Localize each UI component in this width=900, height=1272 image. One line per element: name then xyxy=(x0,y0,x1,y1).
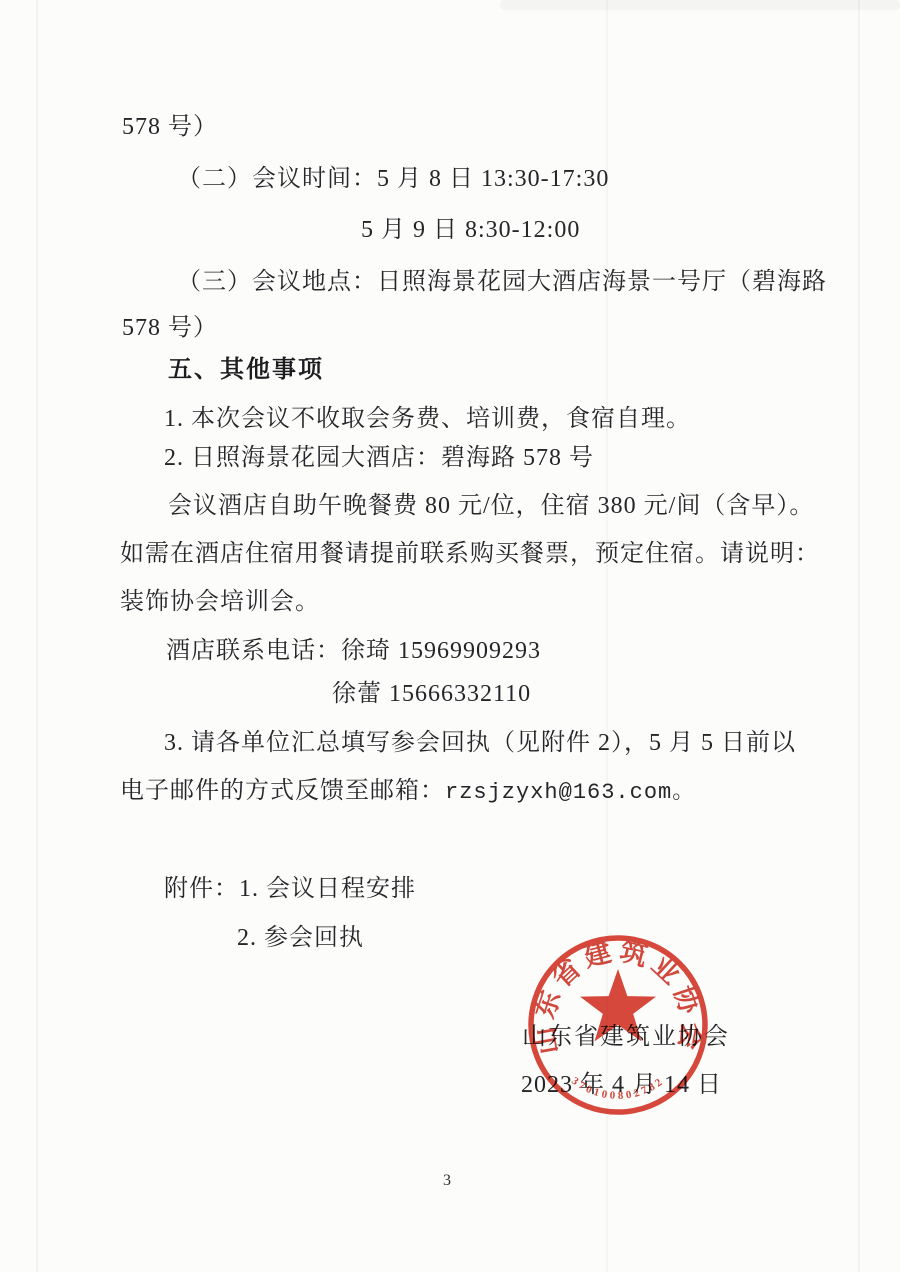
hotel-paragraph-line-2: 如需在酒店住宿用餐请提前联系购买餐票，预定住宿。请说明： xyxy=(120,539,820,569)
seal-code: 370100802782 xyxy=(569,1075,667,1102)
meeting-time-line-1: （二）会议时间：5 月 8 日 13:30-17:30 xyxy=(177,164,609,194)
scan-edge-right xyxy=(858,0,860,1272)
hotel-phone-line-1: 酒店联系电话：徐琦 15969909293 xyxy=(166,636,541,666)
seal-star-icon xyxy=(580,969,656,1041)
page-number: 3 xyxy=(443,1172,451,1190)
address-continuation-2: 578 号） xyxy=(122,313,218,343)
meeting-place-line: （三）会议地点：日照海景花园大酒店海景一号厅（碧海路 xyxy=(177,267,827,297)
official-seal: 山东省建筑业协会 370100802782 xyxy=(526,933,710,1117)
reply-item-line-2: 电子邮件的方式反馈至邮箱：rzsjzyxh@163.com。 xyxy=(120,776,695,808)
section-heading: 五、其他事项 xyxy=(168,355,324,385)
attachments-line-1: 附件：1. 会议日程安排 xyxy=(164,874,416,904)
svg-text:370100802782: 370100802782 xyxy=(569,1075,667,1102)
reply-item-line-1: 3. 请各单位汇总填写参会回执（见附件 2），5 月 5 日前以 xyxy=(164,728,796,758)
hotel-phone-line-2: 徐蕾 15666332110 xyxy=(332,679,531,709)
reply-email: rzsjzyxh@163.com。 xyxy=(445,780,695,805)
scan-smudge xyxy=(500,0,900,10)
meeting-time-line-2: 5 月 9 日 8:30-12:00 xyxy=(361,215,580,245)
other-item-1: 1. 本次会议不收取会务费、培训费，食宿自理。 xyxy=(164,404,691,434)
document-page: 578 号） （二）会议时间：5 月 8 日 13:30-17:30 5 月 9… xyxy=(0,0,900,1272)
scan-edge-left xyxy=(36,0,38,1272)
address-continuation-1: 578 号） xyxy=(122,112,218,142)
hotel-paragraph-line-1: 会议酒店自助午晚餐费 80 元/位，住宿 380 元/间（含早）。 xyxy=(168,491,814,521)
hotel-paragraph-line-3: 装饰协会培训会。 xyxy=(120,587,320,617)
attachments-line-2: 2. 参会回执 xyxy=(237,923,364,953)
other-item-2: 2. 日照海景花园大酒店：碧海路 578 号 xyxy=(164,443,594,473)
reply-item-line-2-label: 电子邮件的方式反馈至邮箱： xyxy=(120,778,445,804)
